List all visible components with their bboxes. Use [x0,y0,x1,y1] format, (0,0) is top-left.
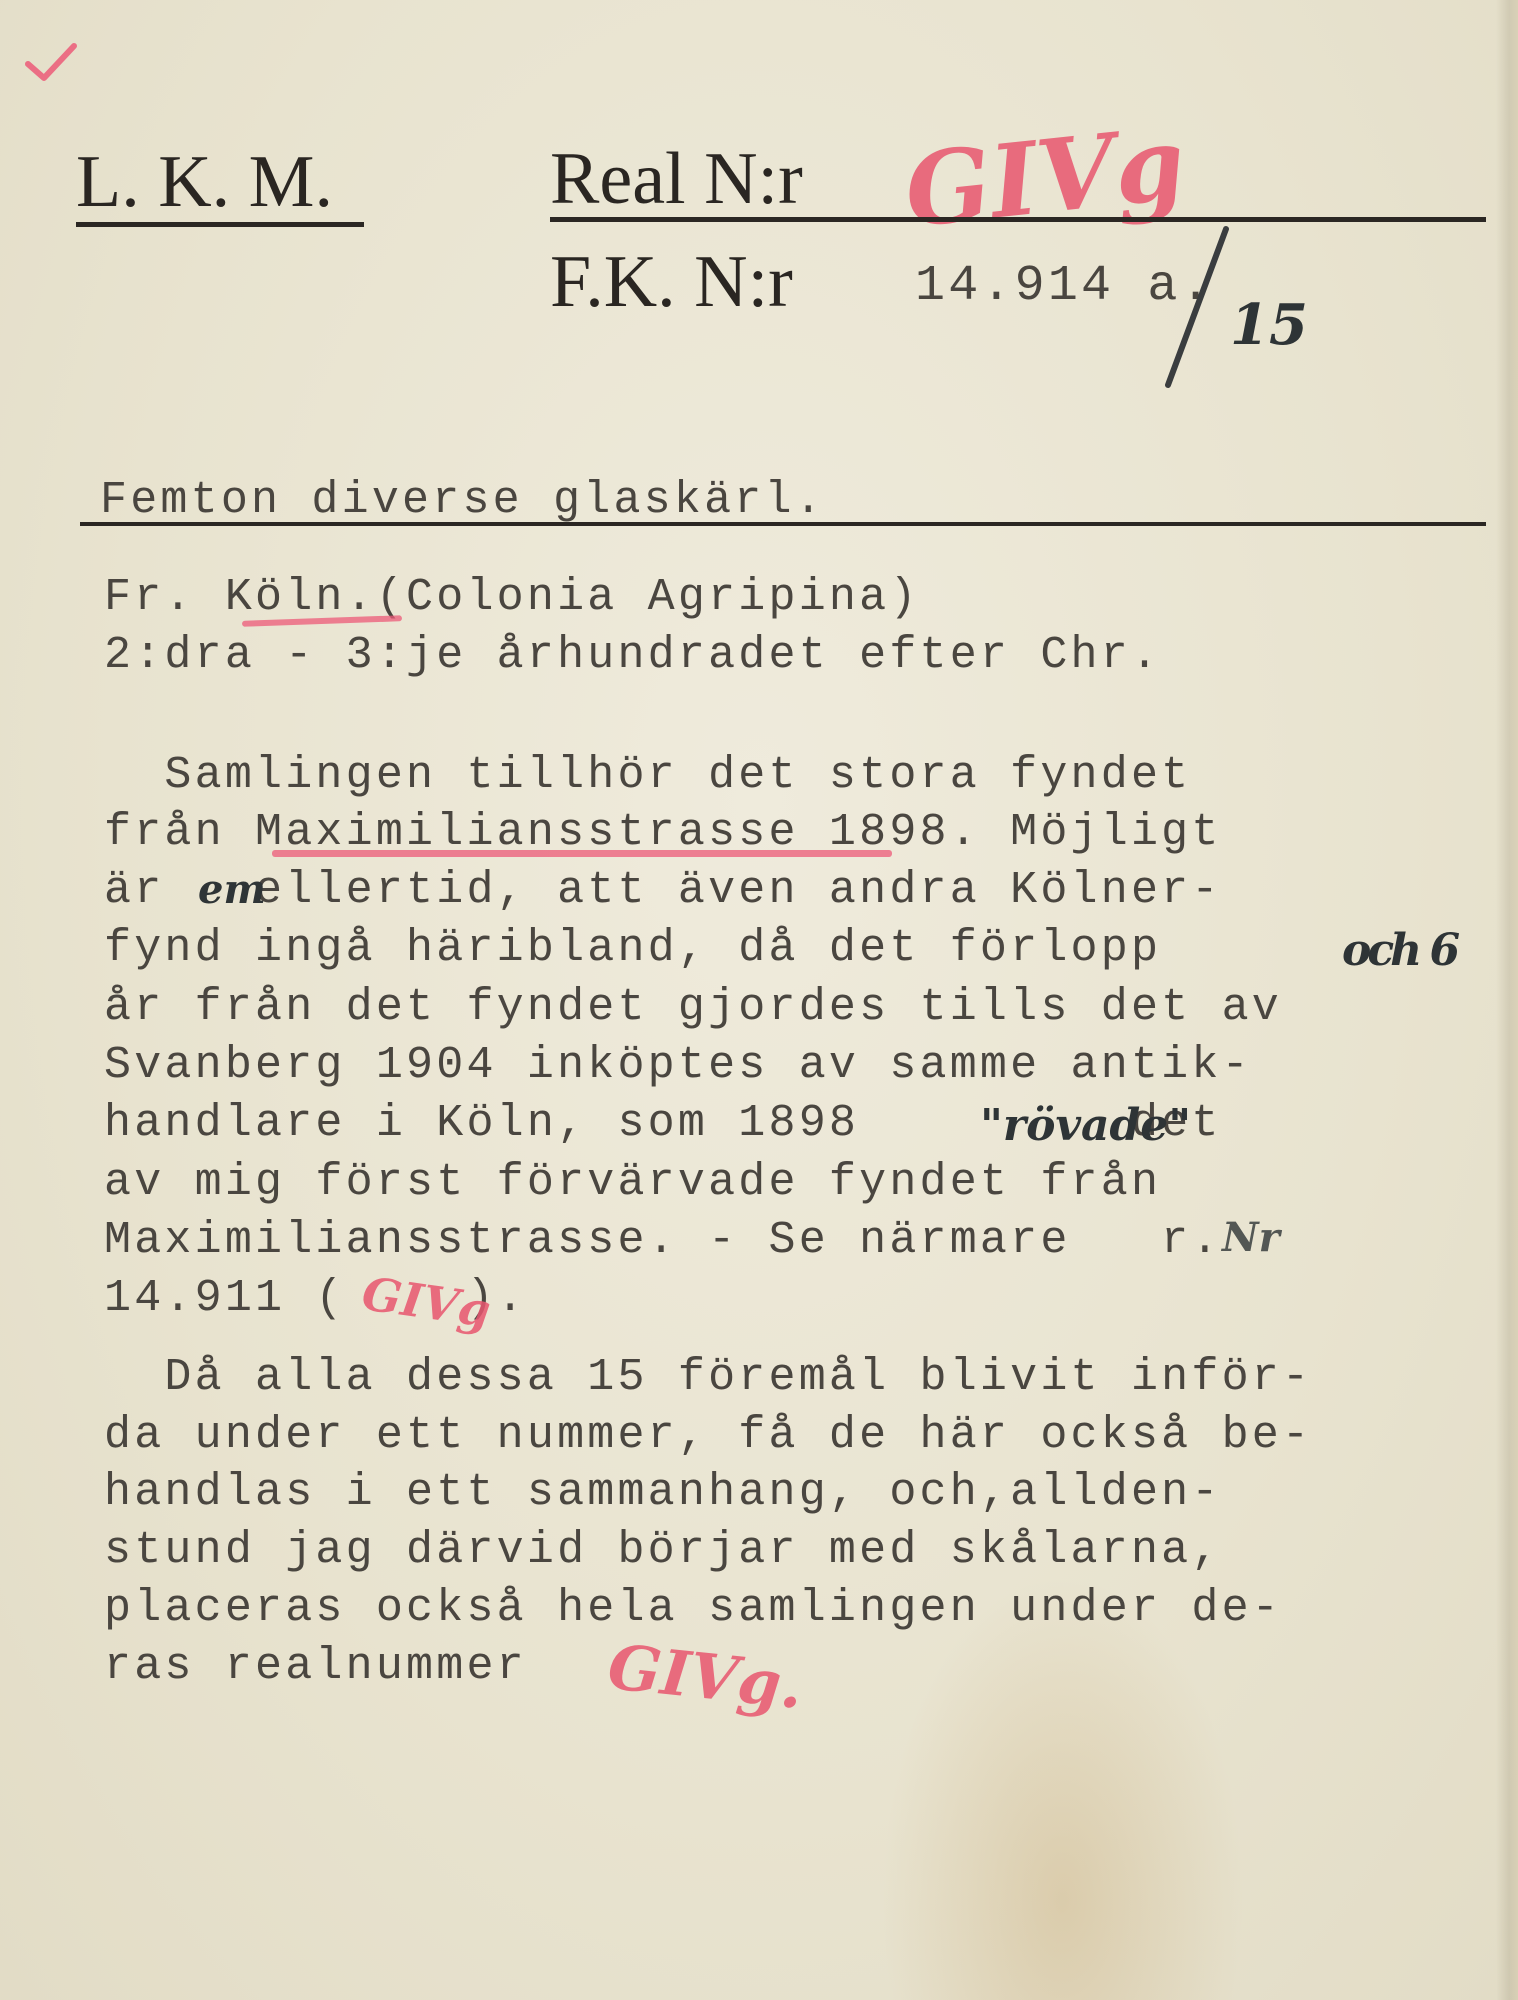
object-title: Femton diverse glaskärl. [100,478,825,523]
body-line: Då alla dessa 15 föremål blivit inför- [104,1355,1312,1400]
fk-nr-label: F.K. N:r [550,245,793,319]
maximiliansstrasse-red-underline [272,850,892,857]
och-6-annotation: och 6 [1342,925,1456,976]
rovade-annotation: "rövade" [980,1100,1191,1151]
body-line: ras realnummer [104,1644,527,1689]
fk-nr-fraction: 15 [1230,292,1308,358]
body-line: från Maximiliansstrasse 1898. Möjligt [104,810,1222,855]
final-real-nr-annotation: GIVg. [605,1630,807,1723]
em-insertion-annotation: em [198,866,266,913]
body-line: av mig först förvärvade fyndet från [104,1160,1161,1205]
body-line: da under ett nummer, få de här också be- [104,1413,1312,1458]
real-nr-label: Real N:r [550,142,803,216]
real-nr-value: GIVg [900,104,1190,251]
body-line: fynd ingå häribland, då det förlopp [104,926,1161,971]
body-line: år från det fyndet gjordes tills det av [104,985,1282,1030]
fraction-slash-icon [1160,225,1230,395]
body-line: Maximiliansstrasse. - Se närmare r. [104,1218,1222,1263]
body-line: Samlingen tillhör det stora fyndet [104,753,1191,798]
body-line: Svanberg 1904 inköptes av samme antik- [104,1043,1252,1088]
institution-underline [76,222,364,227]
body-line: handlas i ett sammanhang, och,allden- [104,1470,1222,1515]
red-checkmark-icon [22,42,82,102]
nr-correction-annotation: Nr [1222,1214,1280,1261]
body-line: är ellertid, att även andra Kölner- [104,868,1222,913]
archive-catalog-card: L. K. M. Real N:r GIVg F.K. N:r 14.914 a… [0,0,1518,2000]
body-line: stund jag därvid börjar med skålarna, [104,1528,1222,1573]
institution-label: L. K. M. [76,145,333,219]
body-line: placeras också hela samlingen under de- [104,1586,1282,1631]
title-underline [80,522,1486,526]
header-divider [550,217,1486,222]
provenance-dating: 2:dra - 3:je århundradet efter Chr. [104,633,1161,678]
provenance-origin: Fr. Köln.(Colonia Agripina) [104,575,920,620]
